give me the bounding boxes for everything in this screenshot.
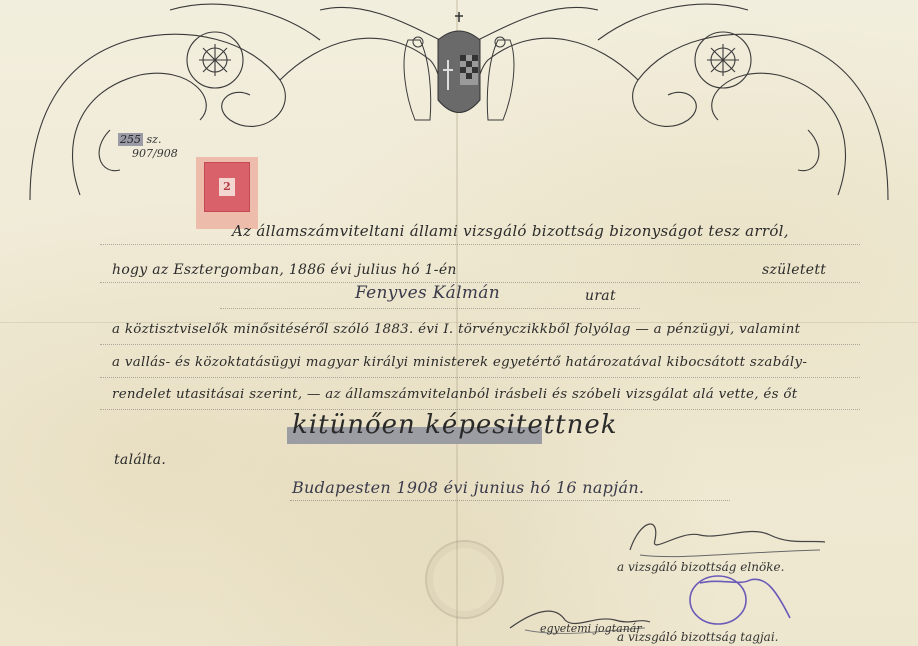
body-line-3: a köztisztviselők minősitéséről szóló 18…: [112, 322, 800, 337]
body-line-4: a vallás- és közoktatásügyi magyar királ…: [112, 355, 807, 370]
chair-signature: [620, 510, 830, 565]
place-date: Budapesten 1908 évi junius hó 16 napján.: [292, 478, 644, 497]
body-line-5: rendelet utasitásai szerint, — az állams…: [112, 387, 797, 402]
title-urat: urat: [585, 288, 616, 304]
certificate-page: 255 sz. 907/908 2 Az államszámviteltani …: [0, 0, 918, 646]
reference-number: 255 sz. 907/908: [118, 133, 161, 146]
body-line-1: Az államszámviteltani állami vizsgáló bi…: [232, 222, 789, 240]
born-label: született: [762, 262, 826, 278]
body-line-2: hogy az Esztergomban, 1886 évi julius hó…: [112, 262, 457, 278]
ornamental-header: [20, 0, 898, 205]
candidate-name: Fenyves Kálmán: [355, 283, 500, 303]
grade-text: kitünően képesitettnek: [292, 410, 618, 440]
members-title: a vizsgáló bizottság tagjai.: [617, 630, 778, 644]
coat-of-arms-icon: [438, 12, 480, 113]
found-text: találta.: [114, 452, 166, 468]
embossed-seal: [425, 540, 504, 619]
stamp-crown-icon: 2: [204, 162, 250, 212]
member2-signature: [680, 568, 800, 628]
revenue-stamp: 2: [196, 157, 258, 229]
